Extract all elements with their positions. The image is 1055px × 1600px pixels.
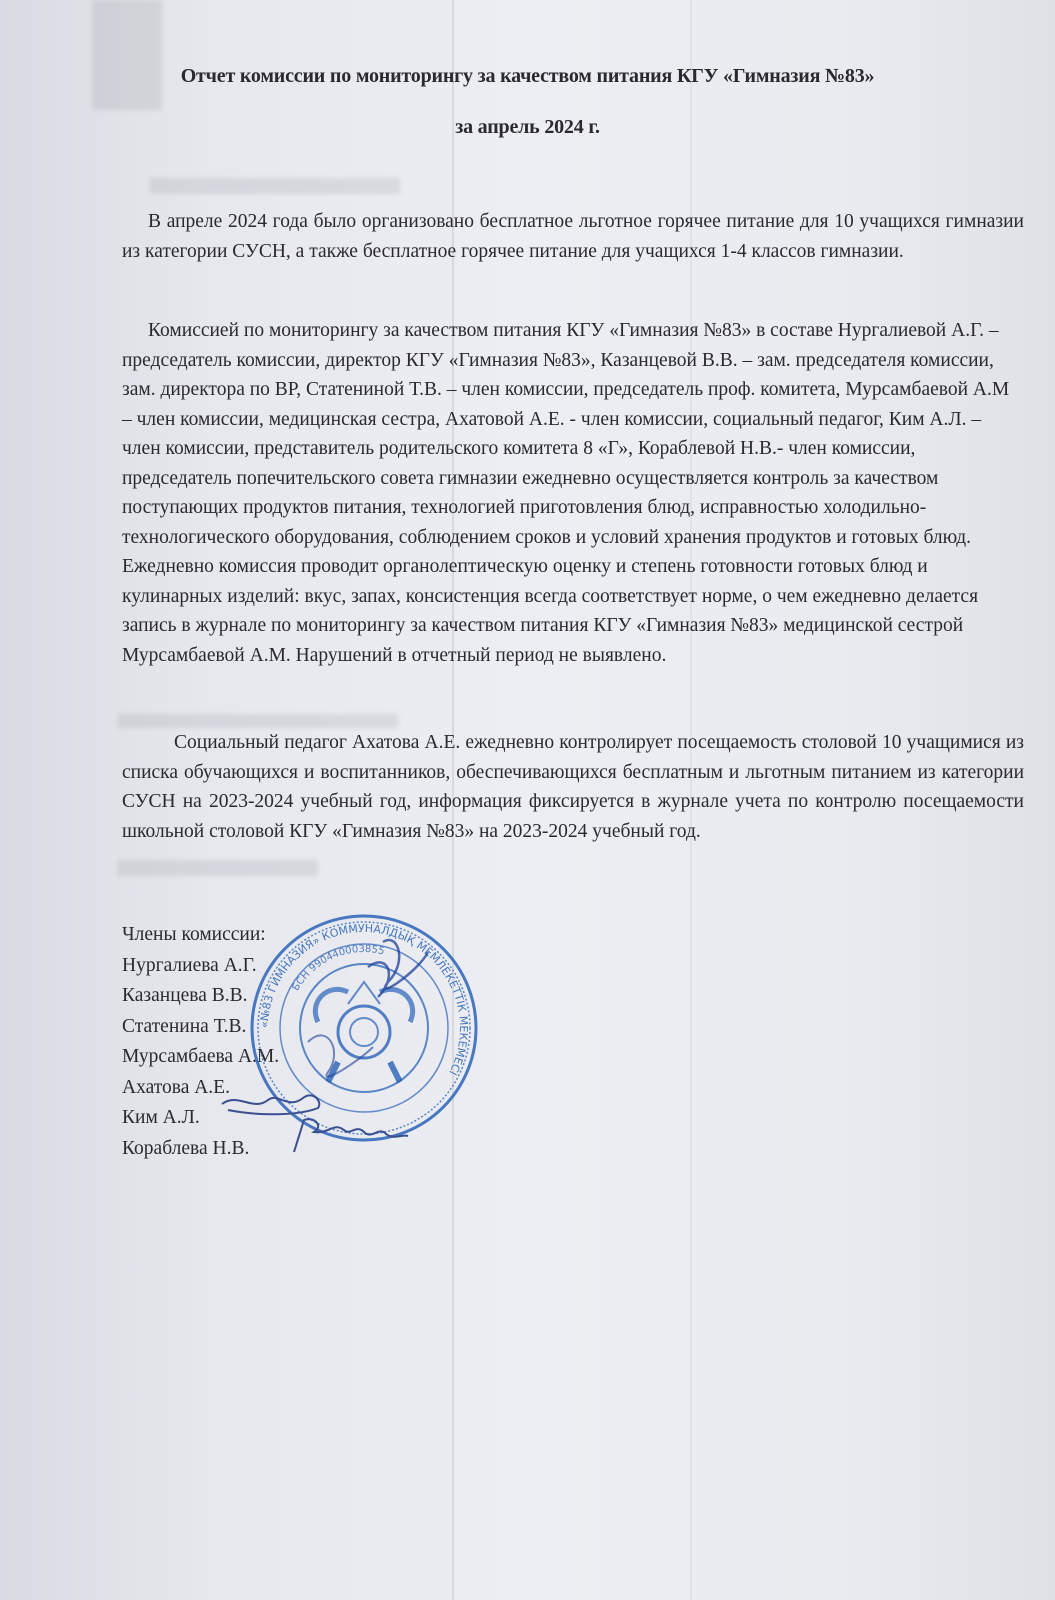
scan-artifact [118, 860, 318, 876]
document-title: Отчет комиссии по мониторингу за качеств… [0, 65, 1055, 88]
scanned-document-page: Отчет комиссии по мониторингу за качеств… [0, 0, 1055, 1600]
paragraph-social-pedagogue: Социальный педагог Ахатова А.Е. ежедневн… [122, 728, 1024, 846]
paragraph-intro: В апреле 2024 года было организовано бес… [122, 207, 1024, 266]
document-subtitle-period: за апрель 2024 г. [0, 116, 1055, 139]
scan-artifact [118, 714, 398, 728]
signature-korableva-icon [284, 1112, 414, 1160]
scan-artifact [150, 178, 400, 194]
paragraph-commission: Комиссией по мониторингу за качеством пи… [122, 316, 1012, 670]
scan-artifact [92, 0, 162, 110]
